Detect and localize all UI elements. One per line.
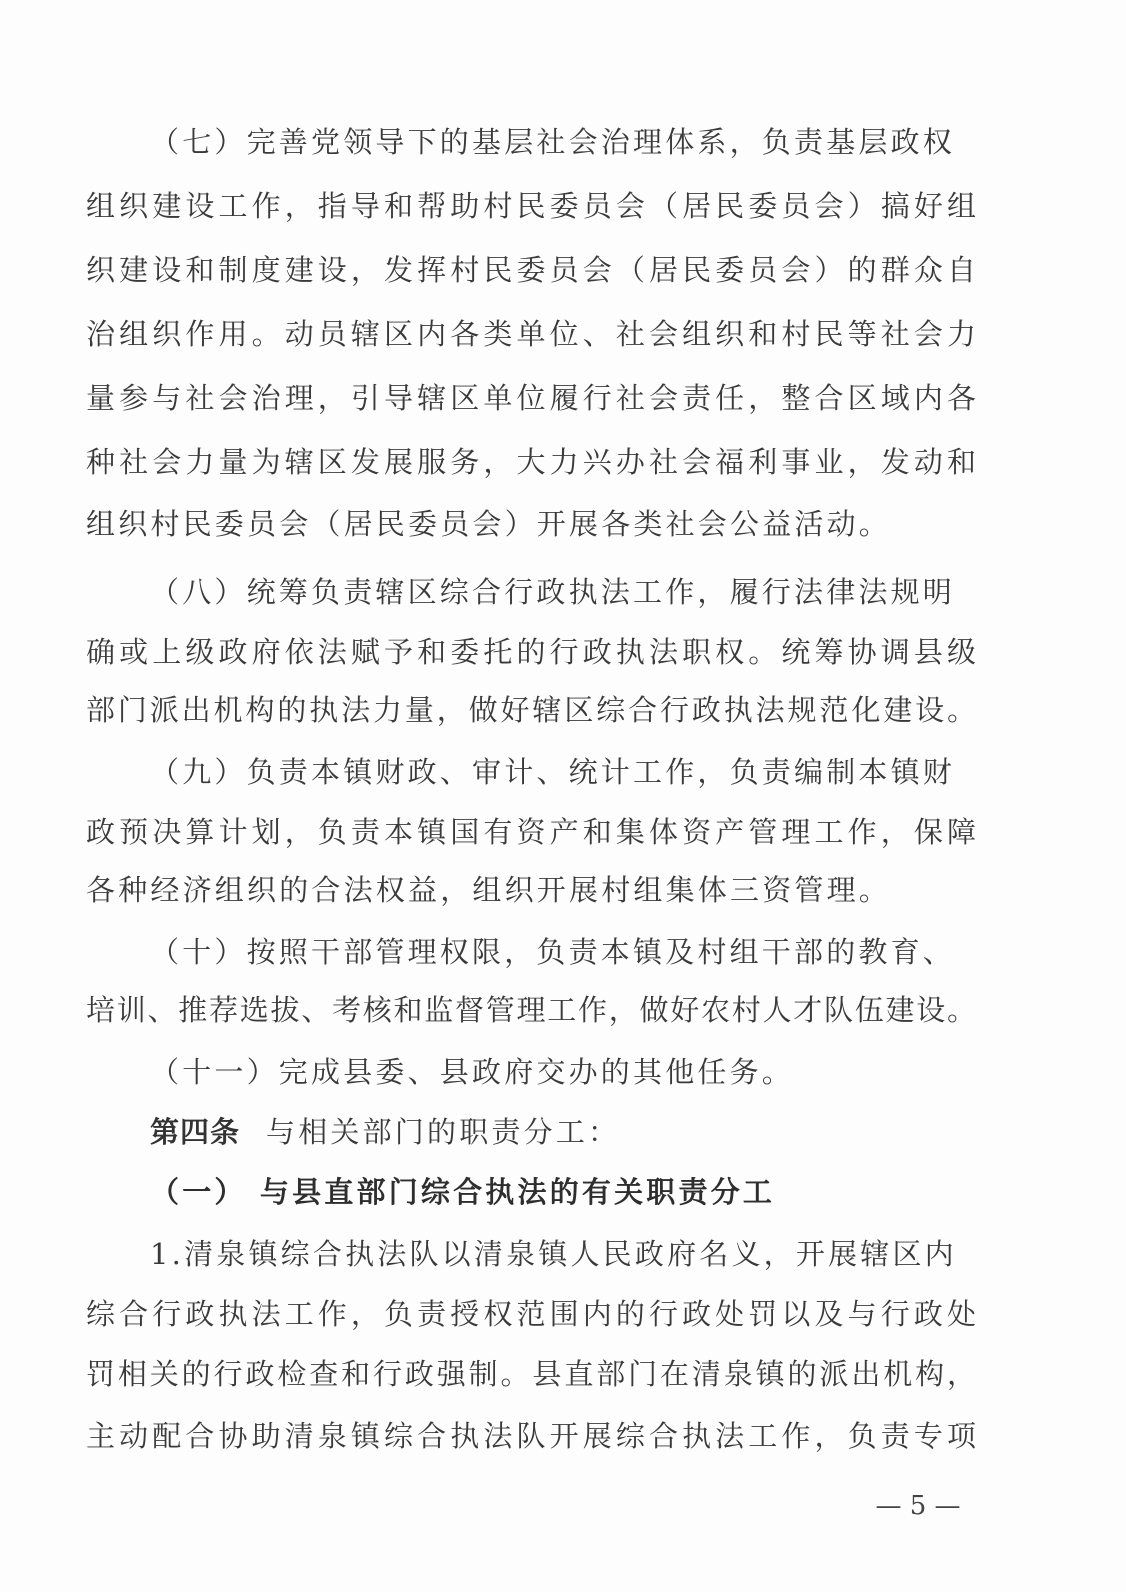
- article-4-line: 第四条与相关部门的职责分工：: [150, 1108, 976, 1156]
- item-10-line-1: （十）按照干部管理权限，负责本镇及村组干部的教育、: [150, 928, 976, 976]
- item-9-line-2: 政预决算计划，负责本镇国有资产和集体资产管理工作，保障: [86, 808, 976, 856]
- item-7-line-2: 组织建设工作，指导和帮助村民委员会（居民委员会）搞好组: [86, 182, 976, 230]
- item-7-line-7: 组织村民委员会（居民委员会）开展各类社会公益活动。: [86, 500, 976, 548]
- clause-1-line-3: 罚相关的行政检查和行政强制。县直部门在清泉镇的派出机构，: [86, 1350, 976, 1398]
- item-7-line-6: 种社会力量为辖区发展服务，大力兴办社会福利事业，发动和: [86, 438, 976, 486]
- item-9-line-3: 各种经济组织的合法权益，组织开展村组集体三资管理。: [86, 866, 976, 914]
- item-7-line-3: 织建设和制度建设，发挥村民委员会（居民委员会）的群众自: [86, 246, 976, 294]
- item-9-line-1: （九）负责本镇财政、审计、统计工作，负责编制本镇财: [150, 748, 976, 796]
- article-4-heading: 第四条: [150, 1115, 240, 1149]
- item-8-line-1: （八）统筹负责辖区综合行政执法工作，履行法律法规明: [150, 568, 976, 616]
- section-1-heading: （一） 与县直部门综合执法的有关职责分工: [150, 1168, 976, 1216]
- item-7-line-4: 治组织作用。动员辖区内各类单位、社会组织和村民等社会力: [86, 310, 976, 358]
- article-4-text: 与相关部门的职责分工：: [266, 1115, 620, 1149]
- item-7-line-1: （七）完善党领导下的基层社会治理体系，负责基层政权: [150, 118, 976, 166]
- item-11-line-1: （十一）完成县委、县政府交办的其他任务。: [150, 1048, 976, 1096]
- page-number: — 5 —: [858, 1488, 978, 1524]
- clause-1-line-1: 1.清泉镇综合执法队以清泉镇人民政府名义，开展辖区内: [150, 1230, 976, 1278]
- clause-1-line-2: 综合行政执法工作，负责授权范围内的行政处罚以及与行政处: [86, 1290, 976, 1338]
- item-8-line-2: 确或上级政府依法赋予和委托的行政执法职权。统筹协调县级: [86, 628, 976, 676]
- item-7-line-5: 量参与社会治理，引导辖区单位履行社会责任，整合区域内各: [86, 374, 976, 422]
- item-8-line-3: 部门派出机构的执法力量，做好辖区综合行政执法规范化建设。: [86, 686, 976, 734]
- item-10-line-2: 培训、推荐选拔、考核和监督管理工作，做好农村人才队伍建设。: [86, 986, 976, 1034]
- document-page: （七）完善党领导下的基层社会治理体系，负责基层政权 组织建设工作，指导和帮助村民…: [0, 0, 1126, 1592]
- clause-1-line-4: 主动配合协助清泉镇综合执法队开展综合执法工作，负责专项: [86, 1412, 976, 1460]
